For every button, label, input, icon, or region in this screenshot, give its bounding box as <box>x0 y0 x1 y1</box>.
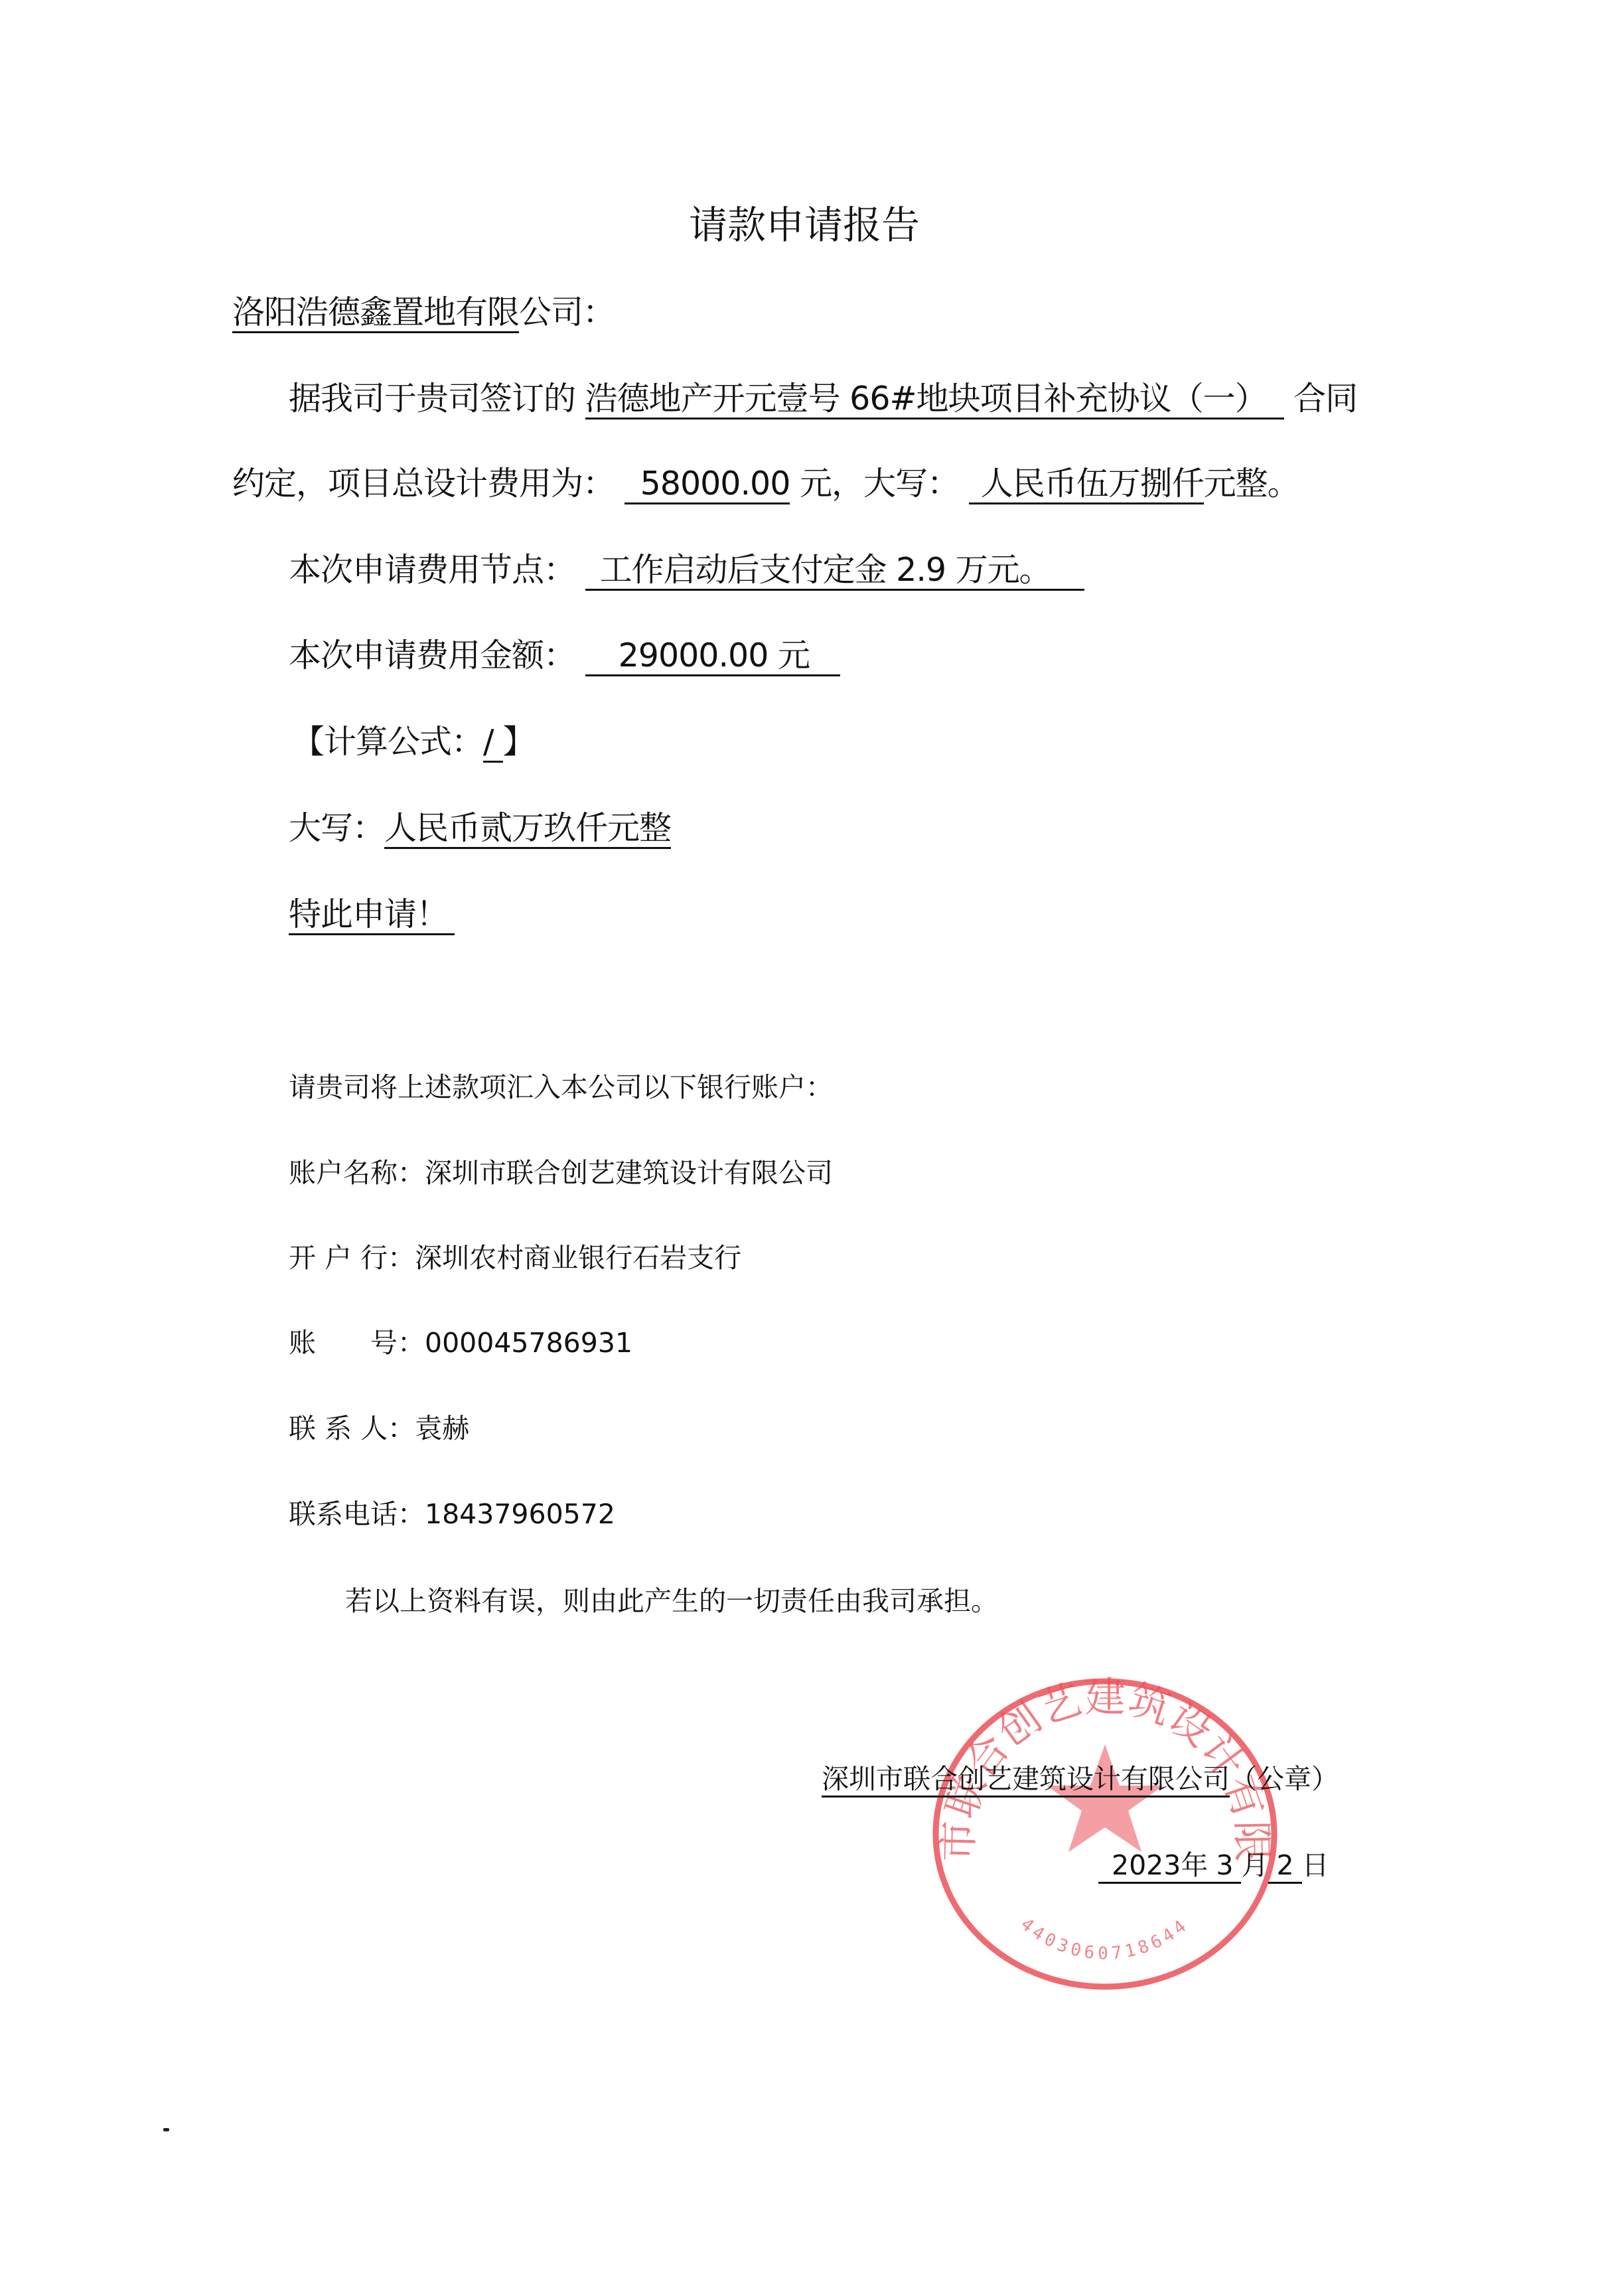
date-year: 2023 <box>1098 1852 1181 1884</box>
total-fee-unit: 元，大写： <box>800 465 959 502</box>
scan-speck <box>163 2128 169 2131</box>
request-amount-line: 本次申请费用金额： 29000.00 元 <box>289 639 840 676</box>
bank-info-label: 联 系 人： <box>289 1413 415 1444</box>
addressee: 洛阳浩德鑫置地有限公司： <box>232 296 615 333</box>
official-seal-icon: 深圳市联合创艺建筑设计有限公司 4403060718644 <box>926 1671 1284 1997</box>
formula-line: 【计算公式：/】 <box>292 726 535 763</box>
date-line: 2023年3月2日 <box>1098 1852 1329 1884</box>
addressee-name: 洛阳浩德鑫置地有限 <box>232 296 519 333</box>
contract-prefix: 据我司于贵司签订的 <box>289 380 575 418</box>
bank-info-label: 联系电话： <box>289 1498 425 1530</box>
date-year-unit: 年 <box>1181 1852 1208 1884</box>
bank-info-value: 深圳农村商业银行石岩支行 <box>415 1242 741 1274</box>
milestone-value: 工作启动后支付定金 2.9 万元。 <box>585 554 1084 591</box>
total-fee-prefix: 约定，项目总设计费用为： <box>232 465 615 502</box>
disclaimer: 若以上资料有误，则由此产生的一切责任由我司承担。 <box>345 1588 998 1615</box>
request-amount-value: 29000.00 元 <box>585 639 840 676</box>
total-fee-words-tail: 元整。 <box>1204 465 1299 502</box>
bank-info-label: 账户名称： <box>289 1157 425 1189</box>
seal-star-icon <box>1047 1744 1163 1852</box>
formula-open: 【计算公式： <box>292 723 483 761</box>
total-fee-line: 约定，项目总设计费用为： 58000.00 元，大写： 人民币伍万捌仟元整。 <box>232 467 1299 504</box>
bank-branch: 开 户 行：深圳农村商业银行石岩支行 <box>289 1245 741 1272</box>
svg-text:4403060718644: 4403060718644 <box>1017 1914 1193 1963</box>
closing-text: 特此申请！ <box>289 898 455 935</box>
closing-line: 特此申请！ <box>289 898 455 935</box>
capital-line: 大写：人民币贰万玖仟元整 <box>289 812 671 849</box>
formula-close: 】 <box>503 723 535 761</box>
date-day-unit: 日 <box>1302 1849 1329 1881</box>
bank-info-label: 账 号： <box>289 1327 425 1359</box>
contract-line: 据我司于贵司签订的 浩德地产开元壹号 66#地块项目补充协议（一） 合同 <box>289 382 1357 420</box>
bank-contact-person: 联 系 人：袁赫 <box>289 1415 469 1442</box>
signature-company: 深圳市联合创艺建筑设计有限公司 <box>822 1766 1230 1798</box>
total-fee-words: 人民币伍万捌仟 <box>969 467 1204 504</box>
milestone-label: 本次申请费用节点： <box>289 551 575 589</box>
bank-info-value: 深圳市联合创艺建筑设计有限公司 <box>425 1157 833 1189</box>
capital-label: 大写： <box>289 809 384 847</box>
bank-account-name: 账户名称：深圳市联合创艺建筑设计有限公司 <box>289 1160 833 1187</box>
request-amount-label: 本次申请费用金额： <box>289 637 575 674</box>
bank-info-value: 000045786931 <box>425 1327 632 1359</box>
signature-line: 深圳市联合创艺建筑设计有限公司（公章） <box>822 1766 1339 1798</box>
contract-name: 浩德地产开元壹号 66#地块项目补充协议（一） <box>585 382 1284 420</box>
bank-info-value: 袁赫 <box>415 1413 469 1444</box>
date-day: 2 <box>1268 1852 1301 1884</box>
bank-intro: 请贵司将上述款项汇入本公司以下银行账户： <box>289 1074 833 1101</box>
milestone-line: 本次申请费用节点： 工作启动后支付定金 2.9 万元。 <box>289 554 1084 591</box>
stamp-label: （公章） <box>1230 1763 1339 1795</box>
bank-info-label: 开 户 行： <box>289 1242 415 1274</box>
bank-contact-phone: 联系电话：18437960572 <box>289 1501 615 1528</box>
bank-info-value: 18437960572 <box>425 1498 615 1530</box>
contract-suffix: 合同 <box>1293 380 1357 418</box>
date-month-unit: 月 <box>1241 1849 1268 1881</box>
page-title: 请款申请报告 <box>689 206 920 244</box>
addressee-suffix: 公司： <box>519 293 615 331</box>
formula-value: / <box>483 726 503 763</box>
total-fee-amount: 58000.00 <box>624 467 790 504</box>
capital-value: 人民币贰万玖仟元整 <box>384 812 671 849</box>
date-month: 3 <box>1208 1852 1241 1884</box>
bank-account-number: 账 号：000045786931 <box>289 1330 632 1357</box>
